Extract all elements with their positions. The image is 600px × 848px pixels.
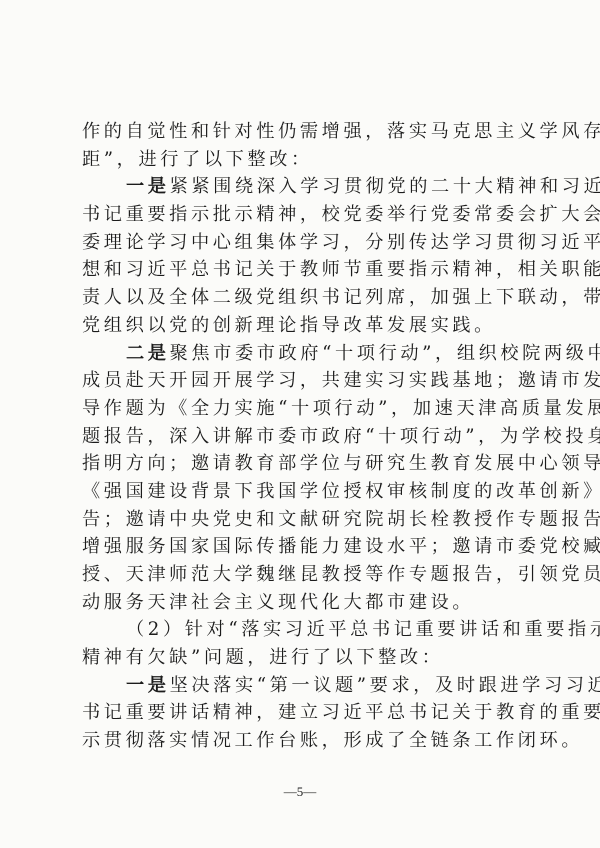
text-line: 动服务天津社会主义现代化大都市建设。 xyxy=(82,589,530,617)
text-line: 距”，进行了以下整改： xyxy=(82,146,530,174)
text-line: 题报告，深入讲解市委市政府“十项行动”，为学校投身其中 xyxy=(82,423,530,451)
text-line: 委理论学习中心组集体学习，分别传达学习贯彻习近平文化思 xyxy=(82,229,530,257)
item-lead: 一是 xyxy=(126,675,170,696)
text-line: 党组织以党的创新理论指导改革发展实践。 xyxy=(82,312,530,340)
text-line: 示贯彻落实情况工作台账，形成了全链条工作闭环。 xyxy=(82,727,530,755)
text-line: 责人以及全体二级党组织书记列席，加强上下联动，带动二级 xyxy=(82,284,530,312)
text-line: 书记重要指示批示精神，校党委举行党委常委会扩大会议暨党 xyxy=(82,201,530,229)
text-line: 授、天津师范大学魏继昆教授等作专题报告，引领党员干部主 xyxy=(82,561,530,589)
text-line: 成员赴天开园开展学习，共建实习实践基地；邀请市发改委领 xyxy=(82,367,530,395)
text-line: 作的自觉性和针对性仍需增强，落实马克思主义学风存在差 xyxy=(82,118,530,146)
text-line: 导作题为《全力实施“十项行动”，加速天津高质量发展》专 xyxy=(82,395,530,423)
paragraph-start-line: 二是聚焦市委市政府“十项行动”，组织校院两级中心组 xyxy=(82,340,530,368)
text-line: 想和习近平总书记关于教师节重要指示精神，相关职能部门负 xyxy=(82,256,530,284)
paragraph-start-line: 一是坚决落实“第一议题”要求，及时跟进学习习近平总 xyxy=(82,672,530,700)
text-line: 增强服务国家国际传播能力建设水平；邀请市委党校臧学英教 xyxy=(82,533,530,561)
section-heading-line: （2）针对“落实习近平总书记重要讲话和重要指示批示 xyxy=(82,616,530,644)
body-text: 作的自觉性和针对性仍需增强，落实马克思主义学风存在差 距”，进行了以下整改： 一… xyxy=(82,118,530,755)
text-line: 《强国建设背景下我国学位授权审核制度的改革创新》专题报 xyxy=(82,478,530,506)
item-lead: 一是 xyxy=(126,176,170,197)
text-line: 指明方向；邀请教育部学位与研究生教育发展中心领导作题为 xyxy=(82,450,530,478)
item-lead: 二是 xyxy=(126,343,170,364)
document-page: 作的自觉性和针对性仍需增强，落实马克思主义学风存在差 距”，进行了以下整改： 一… xyxy=(0,0,600,848)
text-line: 书记重要讲话精神，建立习近平总书记关于教育的重要指示批 xyxy=(82,699,530,727)
text-line: 告；邀请中央党史和文献研究院胡长栓教授作专题报告，持续 xyxy=(82,506,530,534)
page-number: —5— xyxy=(0,784,600,800)
paragraph-start-line: 一是紧紧围绕深入学习贯彻党的二十大精神和习近平总 xyxy=(82,173,530,201)
text-line: 精神有欠缺”问题，进行了以下整改： xyxy=(82,644,530,672)
